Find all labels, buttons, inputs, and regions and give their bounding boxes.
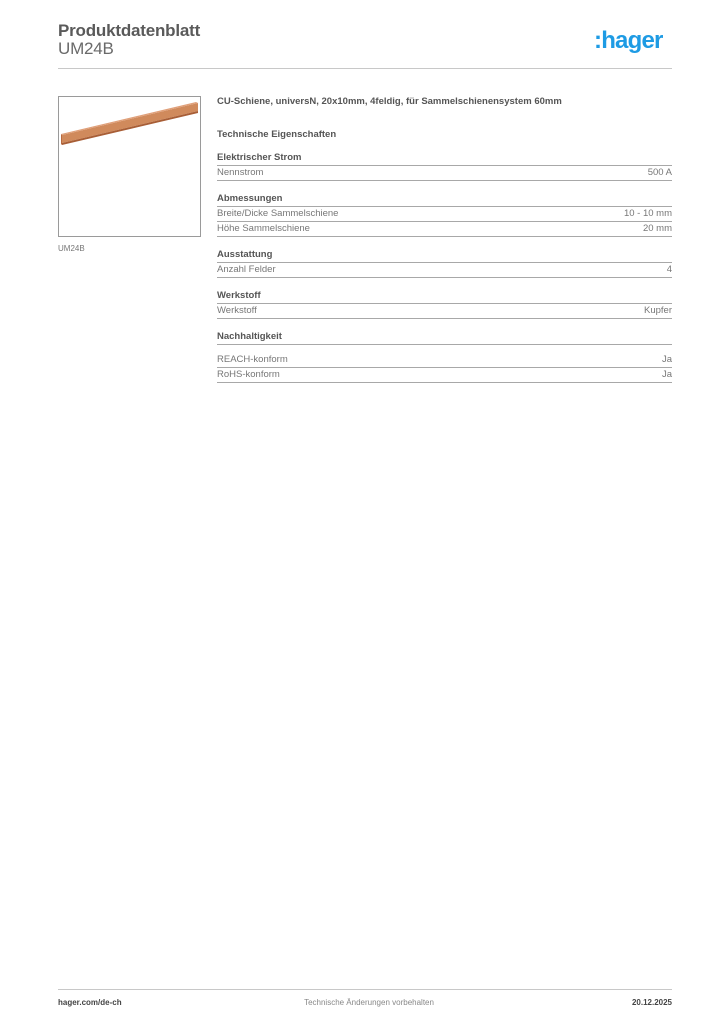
row-label: Nennstrom bbox=[217, 168, 263, 178]
technical-data: CU-Schiene, universN, 20x10mm, 4feldig, … bbox=[217, 96, 672, 383]
copper-busbar-icon bbox=[59, 97, 200, 236]
footer-date: 20.12.2025 bbox=[632, 998, 672, 1007]
row-label: Anzahl Felder bbox=[217, 265, 276, 275]
product-image bbox=[58, 96, 201, 237]
row-value: 4 bbox=[667, 265, 672, 275]
section-title: Elektrischer Strom bbox=[217, 152, 672, 166]
section-title: Werkstoff bbox=[217, 290, 672, 304]
section-elektrischer-strom: Elektrischer Strom Nennstrom 500 A bbox=[217, 152, 672, 181]
table-row: Nennstrom 500 A bbox=[217, 166, 672, 181]
section-abmessungen: Abmessungen Breite/Dicke Sammelschiene 1… bbox=[217, 193, 672, 237]
section-title: Nachhaltigkeit bbox=[217, 331, 672, 345]
row-value: Ja bbox=[662, 370, 672, 380]
section-nachhaltigkeit: Nachhaltigkeit REACH-konform Ja RoHS-kon… bbox=[217, 331, 672, 383]
section-ausstattung: Ausstattung Anzahl Felder 4 bbox=[217, 249, 672, 278]
row-value: 10 - 10 mm bbox=[624, 209, 672, 219]
row-label: Breite/Dicke Sammelschiene bbox=[217, 209, 338, 219]
image-caption: UM24B bbox=[58, 244, 85, 253]
footer-disclaimer: Technische Änderungen vorbehalten bbox=[0, 998, 724, 1007]
table-row: Werkstoff Kupfer bbox=[217, 304, 672, 319]
header-divider bbox=[58, 68, 672, 69]
row-value: 500 A bbox=[648, 168, 672, 178]
hager-logo: :hager bbox=[594, 27, 663, 55]
row-label: Höhe Sammelschiene bbox=[217, 224, 310, 234]
technical-heading: Technische Eigenschaften bbox=[217, 129, 672, 143]
header-title: Produktdatenblatt bbox=[58, 21, 200, 41]
table-row: Anzahl Felder 4 bbox=[217, 263, 672, 278]
table-row: Höhe Sammelschiene 20 mm bbox=[217, 222, 672, 237]
row-label: REACH-konform bbox=[217, 355, 288, 365]
product-description: CU-Schiene, universN, 20x10mm, 4feldig, … bbox=[217, 96, 672, 110]
table-row: RoHS-konform Ja bbox=[217, 368, 672, 383]
product-code: UM24B bbox=[58, 39, 114, 59]
section-title: Ausstattung bbox=[217, 249, 672, 263]
row-value: 20 mm bbox=[643, 224, 672, 234]
section-werkstoff: Werkstoff Werkstoff Kupfer bbox=[217, 290, 672, 319]
row-label: Werkstoff bbox=[217, 306, 257, 316]
footer-divider bbox=[58, 989, 672, 990]
table-row: REACH-konform Ja bbox=[217, 353, 672, 368]
row-label: RoHS-konform bbox=[217, 370, 280, 380]
row-value: Ja bbox=[662, 355, 672, 365]
table-row: Breite/Dicke Sammelschiene 10 - 10 mm bbox=[217, 207, 672, 222]
row-value: Kupfer bbox=[644, 306, 672, 316]
section-title: Abmessungen bbox=[217, 193, 672, 207]
